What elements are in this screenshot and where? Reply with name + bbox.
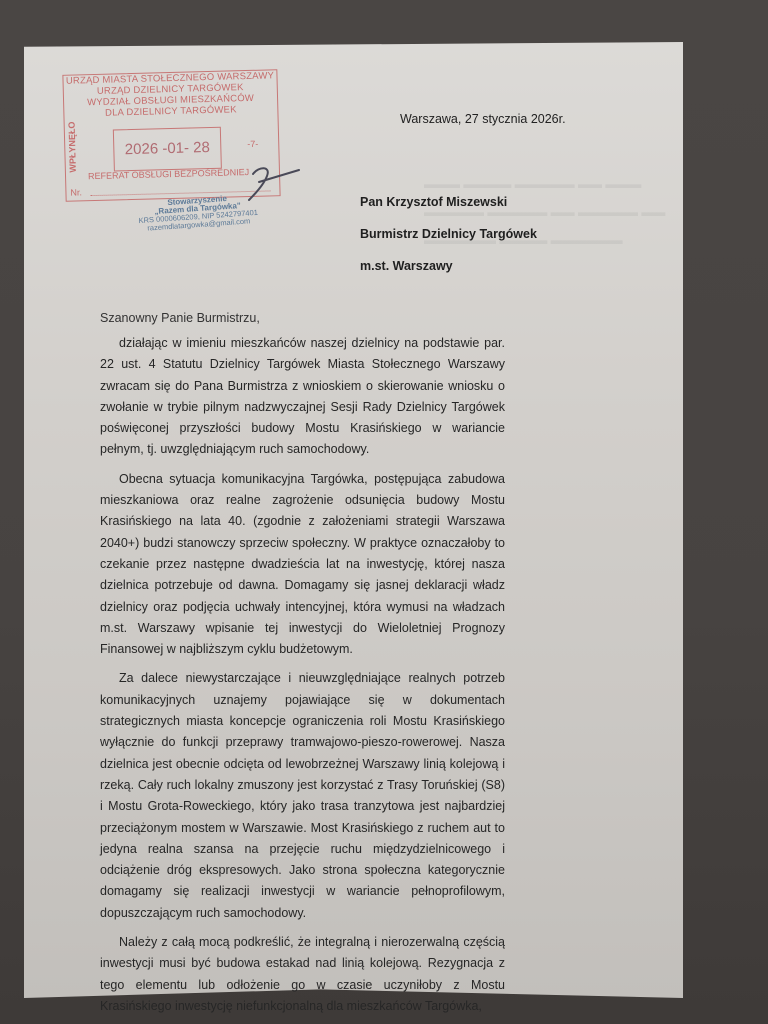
stamp-received-label: WPŁYNĘŁO [66,117,82,177]
addressee-name: Pan Krzysztof Miszewski [360,195,537,227]
stamp-department: REFERAT OBSŁUGI BEZPOŚREDNIEJ [88,167,249,182]
addressee-block: Pan Krzysztof Miszewski Burmistrz Dzieln… [360,195,537,291]
place-date: Warszawa, 27 stycznia 2026r. [400,112,566,126]
paragraph: działając w imieniu mieszkańców naszej d… [100,333,505,461]
paragraph: Należy z całą mocą podkreślić, że integr… [100,932,505,1017]
addressee-title: Burmistrz Dzielnicy Targówek [360,227,537,259]
stamp-date: 2026 -01- 28 [113,127,222,172]
paragraph: Za dalece niewystarczające i nieuwzględn… [100,668,505,924]
addressee-city: m.st. Warszawy [360,259,537,291]
stamp-page-count: -7- [247,139,258,150]
stamp-number-label: Nr. [70,187,82,198]
letter-body: działając w imieniu mieszkańców naszej d… [100,333,505,1024]
paragraph: Obecna sytuacja komunikacyjna Targówka, … [100,469,505,661]
salutation: Szanowny Panie Burmistrzu, [100,311,260,325]
